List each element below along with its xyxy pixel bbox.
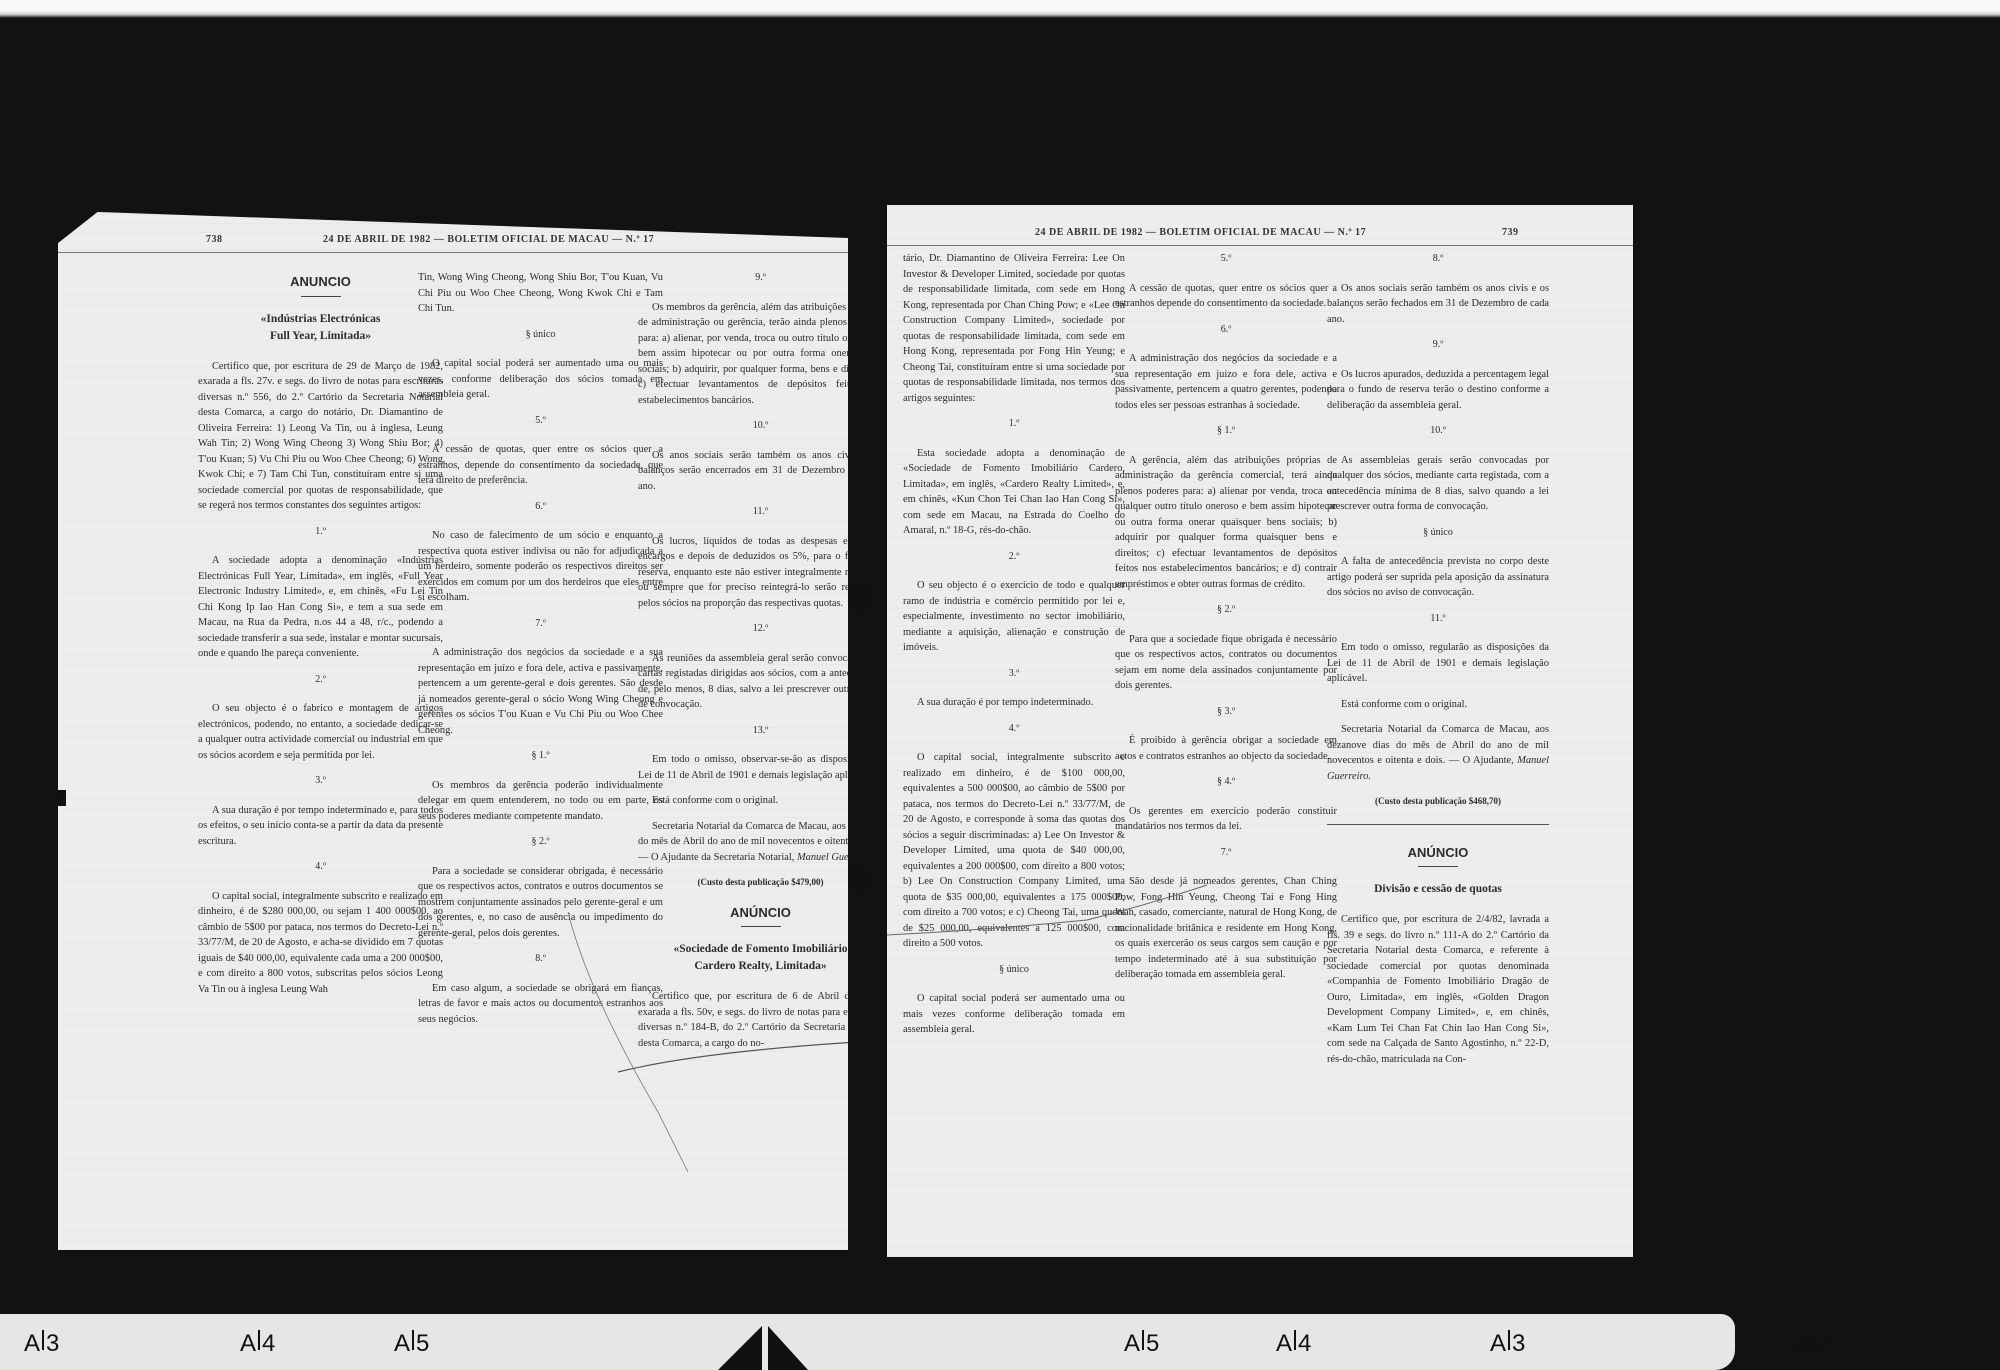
article-number: 11.º (638, 504, 848, 520)
article-number: 4.º (198, 859, 443, 875)
film-marker: A3 (24, 1330, 59, 1358)
paragraph: Em todo o omisso, regularão as disposiçõ… (1327, 640, 1549, 687)
paragraph: A falta de antecedência prevista no corp… (1327, 554, 1549, 601)
paragraph: A sociedade adopta a denominação «Indúst… (198, 553, 443, 662)
paragraph: O capital social poderá ser aumentado um… (418, 356, 663, 403)
paragraph: O seu objecto é o fabrico e montagem de … (198, 701, 443, 763)
article-number: 2.º (903, 549, 1125, 565)
section-label: § único (1327, 525, 1549, 541)
binding-hole (848, 584, 870, 610)
paragraph: tário, Dr. Diamantino de Oliveira Ferrei… (903, 251, 1125, 406)
article-number: 9.º (1327, 337, 1549, 353)
heading-rule (301, 296, 341, 297)
article-number: 3.º (903, 666, 1125, 682)
paragraph: Os lucros apurados, deduzida a percentag… (1327, 367, 1549, 414)
right-column-3: 8.º Os anos sociais serão também os anos… (1327, 251, 1549, 1077)
pen-mark (887, 785, 1217, 945)
paragraph: As assembleias gerais serão convocadas p… (1327, 453, 1549, 515)
film-top-edge (0, 0, 2000, 18)
article-number: 5.º (1115, 251, 1337, 267)
left-page: 738 24 DE ABRIL DE 1982 — BOLETIM OFICIA… (58, 212, 848, 1250)
article-number: 3.º (198, 773, 443, 789)
registration-arrows-icon (718, 1326, 808, 1370)
paragraph: Os anos sociais serão também os anos civ… (638, 448, 848, 495)
article-number: 1.º (198, 524, 443, 540)
page-number: 739 (1502, 227, 1519, 238)
paragraph: Para que a sociedade fique obrigada é ne… (1115, 632, 1337, 694)
paragraph: Os anos sociais serão também os anos civ… (1327, 281, 1549, 328)
section-label: § único (903, 962, 1125, 978)
section-label: § único (418, 327, 663, 343)
article-number: 9.º (638, 270, 848, 286)
paragraph: O capital social poderá ser aumentado um… (903, 991, 1125, 1038)
left-running-head: 738 24 DE ABRIL DE 1982 — BOLETIM OFICIA… (58, 234, 848, 253)
paragraph: A administração dos negócios da sociedad… (1115, 351, 1337, 413)
film-marker: A5 (394, 1330, 429, 1358)
paragraph: A cessão de quotas, quer entre os sócios… (1115, 281, 1337, 312)
closing-paragraph: Secretaria Notarial da Comarca de Macau,… (1327, 722, 1549, 784)
paragraph: Esta sociedade adopta a denominação de «… (903, 446, 1125, 539)
article-number: 10.º (638, 418, 848, 434)
paragraph: A gerência, além das atribuições própria… (1115, 453, 1337, 593)
paragraph: Os lucros, líquidos de todas as despesas… (638, 534, 848, 612)
paragraph: O capital social, integralmente subscrit… (198, 889, 443, 998)
paragraph: O seu objecto é o exercício de todo e qu… (903, 578, 1125, 656)
pen-mark (558, 612, 848, 1172)
article-number: 2.º (198, 672, 443, 688)
paragraph: A sua duração é por tempo indeterminado. (903, 695, 1125, 711)
page-number: 738 (206, 234, 223, 245)
notice-heading: ANÚNCIO (1327, 845, 1549, 861)
article-number: 8.º (1327, 251, 1549, 267)
film-marker: A5 (1124, 1330, 1159, 1358)
article-number: 6.º (1115, 322, 1337, 338)
heading-rule (1418, 866, 1458, 867)
paragraph: No caso de falecimento de um sócio e enq… (418, 528, 663, 606)
right-running-head: 24 DE ABRIL DE 1982 — BOLETIM OFICIAL DE… (887, 227, 1633, 246)
article-number: 11.º (1327, 611, 1549, 627)
conformity-statement: Está conforme com o original. (1327, 697, 1549, 713)
company-title: «Indústrias Electrónicas Full Year, Limi… (198, 311, 443, 345)
right-page: 24 DE ABRIL DE 1982 — BOLETIM OFICIAL DE… (887, 205, 1633, 1257)
paragraph: A sua duração é por tempo indeterminado … (198, 803, 443, 850)
film-marker: A2 (1795, 1330, 1830, 1358)
film-marker: A4 (240, 1330, 275, 1358)
paragraph: Certifico que, por escritura de 29 de Ma… (198, 359, 443, 514)
paragraph: Tin, Wong Wing Cheong, Wong Shiu Bor, T'… (418, 270, 663, 317)
paragraph: Os membros da gerência, além das atribui… (638, 300, 848, 409)
article-number: 5.º (418, 413, 663, 429)
section-label: § 2.º (1115, 602, 1337, 618)
section-label: § 3.º (1115, 704, 1337, 720)
paragraph: É proibido à gerência obrigar a sociedad… (1115, 733, 1337, 764)
article-number: 1.º (903, 416, 1125, 432)
article-number: 10.º (1327, 423, 1549, 439)
binding-tab (56, 790, 66, 806)
notice-heading: ANUNCIO (198, 274, 443, 290)
running-title: 24 DE ABRIL DE 1982 — BOLETIM OFICIAL DE… (323, 234, 654, 245)
running-title: 24 DE ABRIL DE 1982 — BOLETIM OFICIAL DE… (1035, 227, 1366, 238)
section-label: § 1.º (1115, 423, 1337, 439)
film-marker: A3 (1490, 1330, 1525, 1358)
article-number: 6.º (418, 499, 663, 515)
notice-subtitle: Divisão e cessão de quotas (1327, 881, 1549, 898)
article-number: 4.º (903, 721, 1125, 737)
publication-cost: (Custo desta publicação $468,70) (1327, 794, 1549, 810)
paragraph: A cessão de quotas, quer entre os sócios… (418, 442, 663, 489)
film-marker: A4 (1276, 1330, 1311, 1358)
left-column-1: ANUNCIO «Indústrias Electrónicas Full Ye… (198, 270, 443, 1007)
binding-hole (848, 866, 870, 892)
paragraph: Certifico que, por escritura de 2/4/82, … (1327, 912, 1549, 1067)
section-divider (1327, 824, 1549, 825)
